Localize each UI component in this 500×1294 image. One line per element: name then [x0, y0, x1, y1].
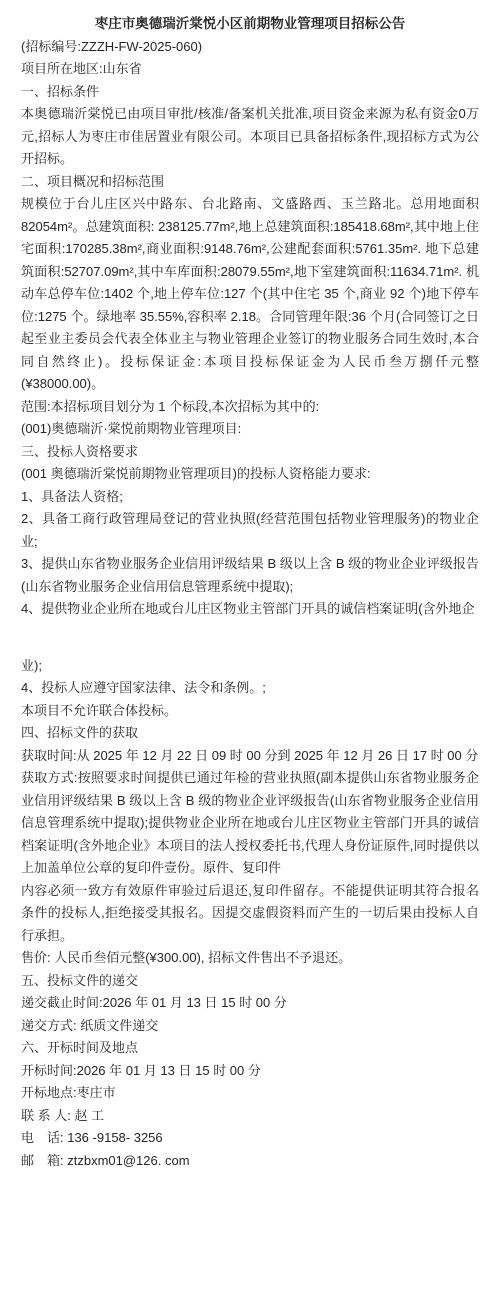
- contact-email-line: 邮 箱: ztzbxm01@126. com: [21, 1150, 479, 1173]
- qualification-item-3: 3、提供山东省物业服务企业信用评级结果 B 级以上含 B 级的物业企业评级报告(…: [21, 553, 479, 598]
- no-consortium-line: 本项目不允许联合体投标。: [21, 700, 479, 723]
- acquisition-notes-paragraph: 内容必须一致方有效原件审验过后退还,复印件留存。不能提供证明其符合报名条件的投标…: [21, 880, 479, 948]
- opening-location-line: 开标地点:枣庄市: [21, 1082, 479, 1105]
- section-1-heading-tender-conditions: 一、招标条件: [21, 81, 479, 104]
- submission-deadline-line: 递交截止时间:2026 年 01 月 13 日 15 时 00 分: [21, 992, 479, 1015]
- opening-time-line: 开标时间:2026 年 01 月 13 日 15 时 00 分: [21, 1060, 479, 1083]
- document-price-line: 售价: 人民币叁佰元整(¥300.00), 招标文件售出不予退还。: [21, 947, 479, 970]
- section-2-heading-project-overview: 二、项目概况和招标范围: [21, 171, 479, 194]
- document-title: 枣庄市奥德瑞沂棠悦小区前期物业管理项目招标公告: [21, 13, 479, 36]
- blank-gap: [21, 621, 479, 655]
- qualification-intro-line: (001 奥德瑞沂棠悦前期物业管理项目)的投标人资格能力要求:: [21, 463, 479, 486]
- project-overview-paragraph: 规模位于台儿庄区兴中路东、台北路南、文盛路西、玉兰路北。总用地面积82054m²…: [21, 193, 479, 396]
- lot-001-line: (001)奥德瑞沂·棠悦前期物业管理项目:: [21, 418, 479, 441]
- qualification-item-4-part-1: 4、提供物业企业所在地或台儿庄区物业主管部门开具的诚信档案证明(含外地企: [21, 598, 479, 621]
- section-5-heading-bid-submission: 五、投标文件的递交: [21, 970, 479, 993]
- qualification-item-1: 1、具备法人资格;: [21, 486, 479, 509]
- tender-number-line: (招标编号:ZZZH-FW-2025-060): [21, 36, 479, 59]
- tender-conditions-paragraph: 本奥德瑞沂棠悦已由项目审批/核准/备案机关批准,项目资金来源为私有资金0万元,招…: [21, 103, 479, 171]
- section-3-heading-bidder-qualifications: 三、投标人资格要求: [21, 441, 479, 464]
- acquisition-time-line: 获取时间:从 2025 年 12 月 22 日 09 时 00 分到 2025 …: [21, 745, 479, 768]
- qualification-item-2: 2、具备工商行政管理局登记的营业执照(经营范围包括物业管理服务)的物业企业;: [21, 508, 479, 553]
- project-region-line: 项目所在地区:山东省: [21, 58, 479, 81]
- acquisition-method-paragraph: 获取方式:按照要求时间提供已通过年检的营业执照(副本提供山东省物业服务企业信用评…: [21, 767, 479, 880]
- tender-announcement-document: 枣庄市奥德瑞沂棠悦小区前期物业管理项目招标公告 (招标编号:ZZZH-FW-20…: [0, 0, 500, 1262]
- section-4-heading-document-acquisition: 四、招标文件的获取: [21, 722, 479, 745]
- contact-person-line: 联 系 人: 赵 工: [21, 1105, 479, 1128]
- contact-phone-line: 电 话: 136 -9158- 3256: [21, 1127, 479, 1150]
- qualification-item-law: 4、投标人应遵守国家法律、法令和条例。;: [21, 677, 479, 700]
- section-6-heading-bid-opening: 六、开标时间及地点: [21, 1037, 479, 1060]
- tender-scope-line: 范围:本招标项目划分为 1 个标段,本次招标为其中的:: [21, 396, 479, 419]
- submission-method-line: 递交方式: 纸质文件递交: [21, 1015, 479, 1038]
- qualification-item-4-part-2: 业);: [21, 655, 479, 678]
